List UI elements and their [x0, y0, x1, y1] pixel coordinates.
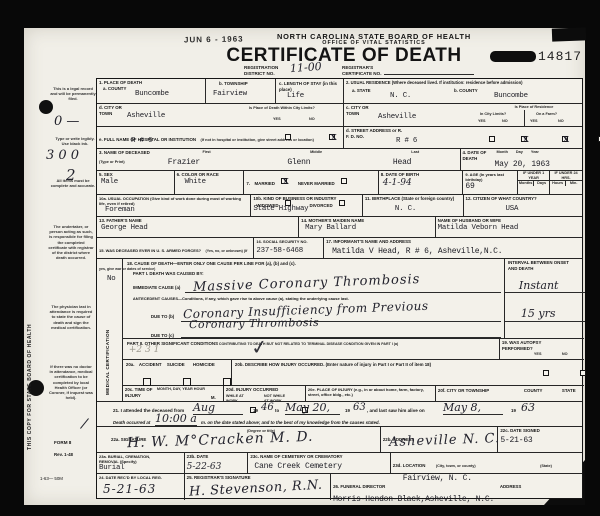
- township-value: Fairview: [213, 90, 247, 98]
- hospital-sublabel: (If not in hospital or institution, give…: [201, 138, 314, 142]
- residence-city-value: Asheville: [378, 113, 416, 121]
- registrar-certificate-label: REGISTRAR'S CERTIFICATE NO.: [342, 65, 384, 76]
- divider: [275, 79, 276, 104]
- due-to-b-label: DUE TO (b): [151, 314, 174, 320]
- first-name-cell: First Frazier: [152, 149, 262, 170]
- spouse-cell: NAME OF HUSBAND OR WIFE Matilda Veborn H…: [436, 217, 582, 237]
- last-name-cell: Last Head: [371, 149, 461, 170]
- burial-location-cell: 23d. LOCATION (City, town, or county) (S…: [391, 453, 582, 473]
- hospital-value: R # 6: [131, 137, 152, 145]
- margin-note-legal: This is a legal record and will be perma…: [50, 86, 96, 102]
- row-parents-spouse: 13. FATHER'S NAME George Head 14. MOTHER…: [97, 217, 582, 238]
- scan-top-bar: [0, 0, 600, 28]
- attended-to-value: May 20,: [285, 401, 340, 415]
- row-sex-race-marital: 5. SEX Male 6. COLOR OR RACE White 7. MA…: [97, 171, 582, 195]
- attendance-to-word: to: [275, 408, 279, 414]
- margin-note-type: Type or write legibly. Use black ink.: [52, 136, 98, 146]
- row-burial: 23a. BURIAL, CREMATION, REMOVAL (Specify…: [97, 453, 582, 474]
- ssn-label: 16. SOCIAL SECURITY NO.: [256, 239, 321, 244]
- death-city-limits-label: Is Place of Death Within City Limits?: [249, 106, 341, 111]
- dob-cell: 8. DATE OF BIRTH 4-1-94: [379, 171, 464, 194]
- married-label: MARRIED: [254, 181, 275, 186]
- medical-strip-cell: MEDICAL CERTIFICATION: [97, 259, 123, 401]
- industry-cell: 10b. KIND OF BUSINESS OR INDUSTRY State …: [251, 195, 363, 216]
- suicide-label: SUICIDE: [167, 362, 185, 368]
- registrar-signature-cell: 25. REGISTRAR'S SIGNATURE H. Stevenson, …: [185, 474, 331, 500]
- middle-name-label: Middle: [263, 150, 369, 155]
- spouse-value: Matilda Veborn Head: [438, 224, 580, 232]
- farm-no-label: NO: [558, 119, 564, 124]
- row-city-town: d. CITY OR TOWN Asheville Is Place of De…: [97, 104, 582, 127]
- marital-status-cell: 7. MARRIED X NEVER MARRIED WIDOWED DIVOR…: [244, 171, 378, 194]
- length-of-stay-label: c. LENGTH OF STAY (in this place): [279, 81, 339, 92]
- middle-name-value: Glenn: [287, 158, 369, 167]
- injury-occurred-label: 20d. INJURY OCCURRED: [224, 386, 305, 394]
- age-cell: 9. AGE (In years last birthday) 69: [463, 171, 518, 194]
- birthplace-label: 11. BIRTHPLACE (State or foreign country…: [365, 196, 461, 202]
- cemetery-value: Cane Creek Cemetery: [254, 462, 387, 471]
- burial-type-label: 23a. BURIAL, CREMATION, REMOVAL (Specify…: [99, 454, 159, 464]
- burial-location-sublabel: (City, town, or county): [436, 464, 476, 468]
- informant-cell: 17. INFORMANT'S NAME AND ADDRESS Matilda…: [324, 238, 582, 258]
- margin-handwritten-zero: 0 —: [54, 114, 79, 129]
- row-signature: 22a. SIGNATURE (Degree or title) H. W. M…: [97, 427, 582, 453]
- informant-label: 17. INFORMANT'S NAME AND ADDRESS: [326, 239, 580, 245]
- street-address-value: R # 6: [396, 137, 417, 145]
- interval-column: INTERVAL BETWEEN ONSET AND DEATH Instant…: [504, 259, 584, 339]
- occupation-label: 10a. USUAL OCCUPATION (Give kind of work…: [99, 196, 248, 206]
- name-label-cell: 3. NAME OF DECEASED (Type or Print): [97, 149, 152, 170]
- sex-value: Male: [101, 178, 172, 186]
- minutes-label: Min.: [566, 181, 581, 186]
- divider: [205, 79, 206, 104]
- certificate-number: 14817: [538, 49, 582, 64]
- date-signed-label: 22c. DATE SIGNED: [500, 428, 580, 434]
- attended-from-value: Aug: [193, 401, 243, 415]
- medical-certification-block: MEDICAL CERTIFICATION 18. CAUSE OF DEATH…: [97, 259, 582, 402]
- days-label: Days: [534, 181, 549, 186]
- burial-location-label: 23d. LOCATION: [393, 463, 426, 468]
- autopsy-no-label: NO: [562, 352, 568, 357]
- pencil-checkmark: ✓: [249, 334, 269, 360]
- margin-vertical-label: THIS COPY FOR STATE BOARD OF HEALTH: [27, 188, 33, 450]
- certificate-title: CERTIFICATE OF DEATH: [194, 45, 494, 67]
- place-of-death-label: 1. PLACE OF DEATH: [99, 80, 142, 86]
- row-registrar: 24. DATE REC'D BY LOCAL REG. 5-21-63 25.…: [97, 474, 582, 500]
- injury-state-label: STATE: [562, 388, 576, 394]
- due-to-c-line: [181, 337, 501, 338]
- on-farm-label: On a Farm?: [536, 112, 557, 117]
- margin-handwritten-300: 3 0 0: [46, 148, 79, 163]
- citizen-value: USA: [506, 205, 581, 213]
- citizen-cell: 12. CITIZEN OF WHAT COUNTRY? USA: [464, 195, 583, 216]
- occupation-value: Foreman: [105, 206, 248, 214]
- attendance-text-2: , and last saw him alive on: [367, 408, 425, 414]
- death-city-value: Asheville: [127, 112, 165, 120]
- checkbox-mark: X: [282, 176, 288, 186]
- death-occurred-text: Death occurred at: [113, 420, 150, 426]
- margin-print-code: 1-63— 50M: [40, 476, 63, 482]
- type-or-print-label: (Type or Print): [99, 160, 150, 165]
- burial-location-state-sublabel: (State): [540, 464, 552, 468]
- hours-label: Hours: [550, 181, 566, 186]
- funeral-director-label: 26. FUNERAL DIRECTOR: [333, 484, 385, 489]
- medical-certification-strip-label: MEDICAL CERTIFICATION: [105, 267, 110, 395]
- father-cell: 13. FATHER'S NAME George Head: [97, 217, 299, 237]
- occupation-cell: 10a. USUAL OCCUPATION (Give kind of work…: [97, 195, 251, 216]
- row-place-residence: 1. PLACE OF DEATH a. COUNTY Buncombe b. …: [97, 79, 582, 104]
- mother-cell: 14. MOTHER'S MAIDEN NAME Mary Ballard: [299, 217, 435, 237]
- race-cell: 6. COLOR OR RACE White: [175, 171, 245, 194]
- date-of-death-label: 4. DATE OF DEATH: [463, 150, 489, 161]
- homicide-label: HOMICIDE: [193, 362, 215, 368]
- date-signed-cell: 22c. DATE SIGNED 5-21-63: [498, 427, 582, 452]
- registrar-certificate-line: [384, 74, 474, 75]
- row-occupation: 10a. USUAL OCCUPATION (Give kind of work…: [97, 195, 582, 217]
- residence-county-label: b. COUNTY: [454, 88, 478, 94]
- row-attendance: 21. I attended the deceased from Aug 19 …: [97, 402, 582, 427]
- row-hospital-street: e. FULL NAME OF HOSPITAL OR INSTITUTION …: [97, 127, 582, 149]
- under-one-year-label: IF UNDER 1 YEAR: [518, 171, 549, 181]
- death-city-label: d. CITY OR TOWN: [99, 105, 123, 116]
- due-to-b-value-line2: Coronary Thrombosis: [189, 316, 319, 331]
- punch-hole-top: [39, 100, 53, 114]
- due-b-interval-value: 15 yrs: [521, 307, 556, 320]
- residence-city-cell: c. CITY OR TOWN Asheville Is Place of Re…: [344, 104, 582, 126]
- time-of-injury-sublabel: MONTH, DAY, YEAR HOUR: [157, 387, 217, 392]
- last-name-value: Head: [393, 158, 458, 167]
- divider: [524, 110, 525, 127]
- margin-revision: Rev. 1-48: [54, 452, 73, 458]
- item7-label: 7.: [246, 181, 250, 186]
- medical-content-cell: 18. CAUSE OF DEATH—ENTER ONLY ONE CAUSE …: [123, 259, 582, 401]
- margin-handwritten-2: 2: [66, 166, 76, 184]
- interval-line-2: [505, 321, 585, 322]
- cause-of-death-area: 18. CAUSE OF DEATH—ENTER ONLY ONE CAUSE …: [123, 259, 584, 339]
- ssn-value: 237-58-6468: [256, 247, 321, 255]
- injury-county-label: COUNTY: [524, 388, 543, 394]
- married-checkbox: X: [281, 178, 287, 184]
- attended-from-year: 46: [261, 402, 274, 413]
- funeral-director-address-label: ADDRESS: [500, 484, 521, 489]
- date-received-cell: 24. DATE REC'D BY LOCAL REG. 5-21-63: [97, 474, 185, 500]
- immediate-interval-value: Instant: [519, 279, 559, 292]
- describe-injury-cell: 20b. DESCRIBE HOW INJURY OCCURRED. (Ente…: [231, 360, 584, 386]
- birthplace-cell: 11. BIRTHPLACE (State or foreign country…: [363, 195, 464, 216]
- first-name-label: First: [154, 150, 260, 155]
- margin-form-number: FORM 8: [54, 440, 71, 446]
- accident-section-label: 20a.: [126, 362, 135, 368]
- residence-state-label: a. STATE: [352, 88, 371, 94]
- certificate-number-redaction: [490, 51, 536, 62]
- death-city-cell: d. CITY OR TOWN Asheville Is Place of De…: [97, 104, 344, 126]
- in-city-no-label: NO: [502, 119, 508, 124]
- dob-value: 4-1-94: [383, 178, 461, 188]
- printed-19-b: 19: [345, 408, 350, 414]
- physician-signature: H. W. M°Cracken M. D.: [127, 429, 314, 452]
- burial-type-value: Burial: [99, 464, 182, 472]
- length-of-stay-value: Life: [287, 92, 304, 100]
- death-occurred-text-2: m. on the date stated above; and to the …: [201, 420, 380, 426]
- address-value: Asheville N. C.: [389, 431, 501, 450]
- father-value: George Head: [101, 224, 296, 232]
- address-cell: 22b. ADDRESS Asheville N. C.: [381, 427, 499, 452]
- industry-value: State Highway: [253, 205, 360, 213]
- age-label: 9. AGE (In years last birthday): [465, 172, 515, 182]
- interval-label: INTERVAL BETWEEN ONSET AND DEATH: [505, 259, 575, 272]
- homicide-checkbox: [223, 378, 231, 386]
- months-label: Months: [518, 181, 534, 186]
- margin-note-undertaker: The undertaker, or person acting as such…: [48, 224, 94, 260]
- death-time-value: 10:00 a: [155, 412, 197, 426]
- never-married-label: NEVER MARRIED: [298, 181, 335, 186]
- autopsy-label: 19. WAS AUTOPSY PERFORMED?: [500, 339, 560, 352]
- place-of-injury-label: 20e. PLACE OF INJURY (e.g., in or about …: [306, 386, 435, 398]
- farm-yes-label: YES: [530, 119, 538, 124]
- injury-occurred-cell: 20d. INJURY OCCURRED WHILE AT WORK NOT W…: [223, 386, 305, 402]
- under-24h-cell: IF UNDER 24 HRS. Hours Min.: [550, 171, 582, 194]
- usual-residence-label: 2. USUAL RESIDENCE (Where deceased lived…: [346, 80, 580, 85]
- immediate-cause-label: IMMEDIATE CAUSE (a): [133, 285, 180, 291]
- under-one-year-cell: IF UNDER 1 YEAR Months Days: [518, 171, 550, 194]
- accident-checkbox: [143, 378, 151, 386]
- name-of-deceased-label: 3. NAME OF DECEASED: [99, 150, 150, 156]
- death-limits-no-label: NO: [309, 117, 315, 122]
- scan-corner-mark-top-right: [552, 27, 586, 41]
- in-city-limits-label: In City Limits?: [480, 112, 506, 117]
- registration-district-value: 11-00: [290, 60, 323, 75]
- middle-name-cell: Middle Glenn: [261, 149, 371, 170]
- time-m-label: M.: [211, 395, 216, 401]
- hospital-cell: e. FULL NAME OF HOSPITAL OR INSTITUTION …: [97, 127, 344, 148]
- certificate-document: THIS COPY FOR STATE BOARD OF HEALTH This…: [24, 28, 585, 505]
- residence-limits-heading: Is Place of Residence: [494, 105, 574, 110]
- last-seen-year: 63: [521, 401, 535, 414]
- attended-to-year: 63: [353, 402, 366, 413]
- injury-detail-row: 20c. TIME OF INJURY MONTH, DAY, YEAR HOU…: [123, 386, 584, 402]
- citizen-label: 12. CITIZEN OF WHAT COUNTRY?: [466, 196, 581, 202]
- time-of-injury-label: 20c. TIME OF INJURY: [125, 387, 155, 398]
- printed-19-a: 19: [253, 408, 258, 414]
- residence-state-value: N. C.: [390, 92, 411, 100]
- birthplace-value: N. C.: [395, 205, 461, 213]
- cemetery-cell: 23c. NAME OF CEMETERY OR CREMATORY Cane …: [248, 453, 390, 473]
- injury-city-label: 20f. CITY OR TOWNSHIP: [438, 388, 489, 394]
- cause-header: 18. CAUSE OF DEATH—ENTER ONLY ONE CAUSE …: [127, 261, 487, 267]
- residence-city-label: c. CITY OR TOWN: [346, 105, 370, 116]
- place-of-injury-cell: 20e. PLACE OF INJURY (e.g., in or about …: [305, 386, 435, 402]
- margin-handwritten-slash: /: [80, 416, 88, 433]
- burial-date-label: 23b. DATE: [187, 454, 246, 460]
- certificate-form: 1. PLACE OF DEATH a. COUNTY Buncombe b. …: [96, 78, 583, 499]
- injury-type-row: 20a. ACCIDENT SUICIDE HOMICIDE 20b. DESC…: [123, 360, 584, 386]
- race-value: White: [185, 178, 242, 186]
- margin-note-doctor: If there was no doctor in attendance, me…: [48, 364, 94, 400]
- autopsy-cell: 19. WAS AUTOPSY PERFORMED? YES NO: [499, 339, 584, 360]
- informant-value: Matilda V Head, R # 6, Asheville,N.C.: [332, 247, 580, 256]
- last-name-label: Last: [373, 150, 458, 155]
- time-of-injury-cell: 20c. TIME OF INJURY MONTH, DAY, YEAR HOU…: [123, 386, 223, 402]
- printed-19-c: 19: [511, 408, 516, 414]
- never-married-checkbox: [341, 178, 347, 184]
- age-value: 69: [465, 182, 515, 191]
- registration-district-label: REGISTRATION DISTRICT NO.: [244, 65, 286, 76]
- funeral-director-cell: 26. FUNERAL DIRECTOR ADDRESS Morris-Hend…: [331, 474, 582, 500]
- street-address-cell: d. STREET ADDRESS or R. F. D. NO. R # 6: [344, 127, 582, 148]
- funeral-director-value: Morris-Hendon-Black,Asheville, N.C.: [333, 495, 580, 504]
- sex-cell: 5. SEX Male: [97, 171, 175, 194]
- accident-label: ACCIDENT: [139, 362, 162, 368]
- attendance-cell: 21. I attended the deceased from Aug 19 …: [97, 402, 582, 426]
- row-armed-ssn-informant: 15. WAS DECEASED EVER IN U. S. ARMED FOR…: [97, 238, 582, 259]
- part1-label: PART I. DEATH WAS CAUSED BY:: [133, 271, 204, 277]
- armed-forces-label: 15. WAS DECEASED EVER IN U. S. ARMED FOR…: [99, 248, 201, 253]
- part2-row: PART II. OTHER SIGNIFICANT CONDITIONS CO…: [123, 339, 584, 360]
- residence-county-value: Buncombe: [494, 92, 528, 100]
- describe-injury-label: 20b. DESCRIBE HOW INJURY OCCURRED. (Ente…: [232, 360, 584, 370]
- pencil-notation: +2 3 1: [129, 345, 159, 355]
- row-name-dod: 3. NAME OF DECEASED (Type or Print) Firs…: [97, 149, 582, 171]
- autopsy-yes-label: YES: [534, 352, 542, 357]
- date-signed-value: 5-21-63: [500, 436, 580, 445]
- cemetery-label: 23c. NAME OF CEMETERY OR CREMATORY: [250, 454, 387, 460]
- in-city-yes-label: YES: [478, 119, 486, 124]
- industry-label: 10b. KIND OF BUSINESS OR INDUSTRY: [253, 196, 360, 202]
- burial-date-value: 5-22-63: [187, 462, 246, 472]
- township-label: b. TOWNSHIP: [219, 81, 248, 87]
- ssn-cell: 16. SOCIAL SECURITY NO. 237-58-6468: [254, 238, 324, 258]
- date-of-death-cell: 4. DATE OF DEATH Month Day Year May 20, …: [461, 149, 583, 170]
- suicide-checkbox: [183, 378, 191, 386]
- first-name-value: Frazier: [168, 158, 260, 167]
- received-date-stamp: JUN 6 - 1963: [184, 34, 244, 44]
- margin-note-physician: The physician last in attendance is requ…: [48, 304, 94, 330]
- burial-type-cell: 23a. BURIAL, CREMATION, REMOVAL (Specify…: [97, 453, 185, 473]
- injury-location-cell: 20f. CITY OR TOWNSHIP COUNTY STATE: [435, 386, 584, 402]
- signature-cell: 22a. SIGNATURE (Degree or title) H. W. M…: [97, 427, 381, 452]
- mother-value: Mary Ballard: [305, 224, 432, 232]
- place-of-death-cell: 1. PLACE OF DEATH a. COUNTY Buncombe b. …: [97, 79, 344, 103]
- due-to-c-label: DUE TO (c): [151, 333, 174, 339]
- under-24h-label: IF UNDER 24 HRS.: [550, 171, 582, 181]
- usual-residence-cell: 2. USUAL RESIDENCE (Where deceased lived…: [344, 79, 582, 103]
- armed-forces-cell: 15. WAS DECEASED EVER IN U. S. ARMED FOR…: [97, 238, 254, 258]
- death-limits-yes-label: YES: [273, 117, 281, 122]
- date-received-label: 24. DATE REC'D BY LOCAL REG.: [99, 475, 182, 480]
- burial-date-cell: 23b. DATE 5-22-63: [185, 453, 249, 473]
- county-value: Buncombe: [135, 90, 169, 98]
- last-seen-value: May 8,: [443, 401, 503, 415]
- date-of-death-value: May 20, 1963: [495, 160, 550, 169]
- interval-line-1: [505, 292, 585, 293]
- date-received-value: 5-21-63: [103, 482, 182, 496]
